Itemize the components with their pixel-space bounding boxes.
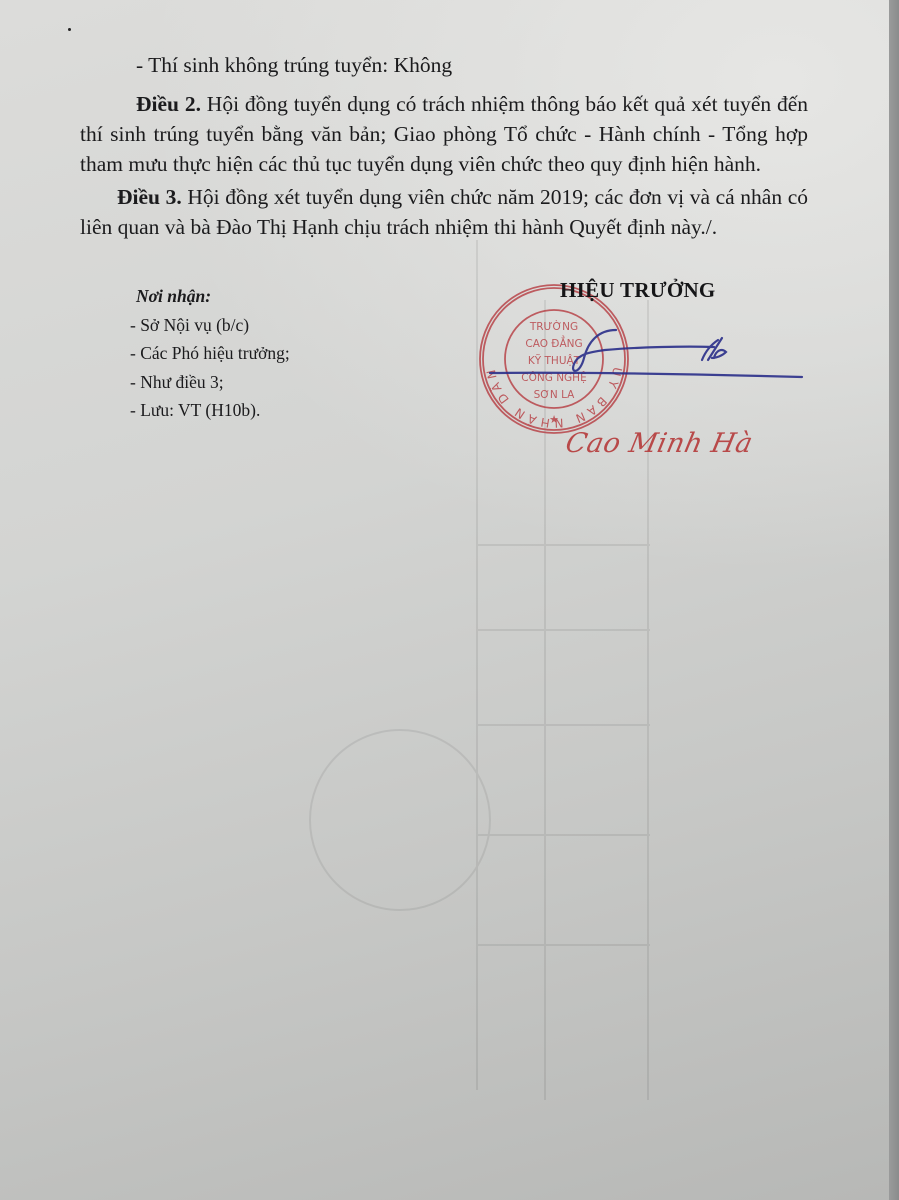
article-2: Điều 2. Hội đồng tuyển dụng có trách nhi…: [80, 89, 808, 179]
document-page: - Thí sinh không trúng tuyển: Không Điều…: [0, 0, 889, 1200]
recipient-item: - Các Phó hiệu trưởng;: [130, 339, 290, 368]
article-3-label: Điều 3.: [117, 185, 182, 209]
signer-name-signature: Cao Minh Hà: [563, 428, 756, 459]
recipient-item: - Lưu: VT (H10b).: [130, 396, 290, 425]
recipients-block: Nơi nhận: - Sở Nội vụ (b/c) - Các Phó hi…: [130, 282, 290, 425]
article-3-text: Hội đồng xét tuyển dụng viên chức năm 20…: [80, 185, 808, 239]
unsuccessful-candidates-line: - Thí sinh không trúng tuyển: Không: [136, 50, 452, 80]
speck: [68, 28, 71, 31]
recipient-item: - Như điều 3;: [130, 368, 290, 397]
recipient-item: - Sở Nội vụ (b/c): [130, 311, 290, 340]
bleed-through-texture: [0, 0, 889, 1200]
handwritten-signature: [470, 300, 810, 400]
background-edge: [889, 0, 899, 1200]
article-2-label: Điều 2.: [136, 92, 201, 116]
recipients-title: Nơi nhận:: [130, 282, 290, 311]
article-3: Điều 3. Hội đồng xét tuyển dụng viên chứ…: [80, 182, 808, 242]
stamp-star-icon: ★: [549, 414, 559, 426]
